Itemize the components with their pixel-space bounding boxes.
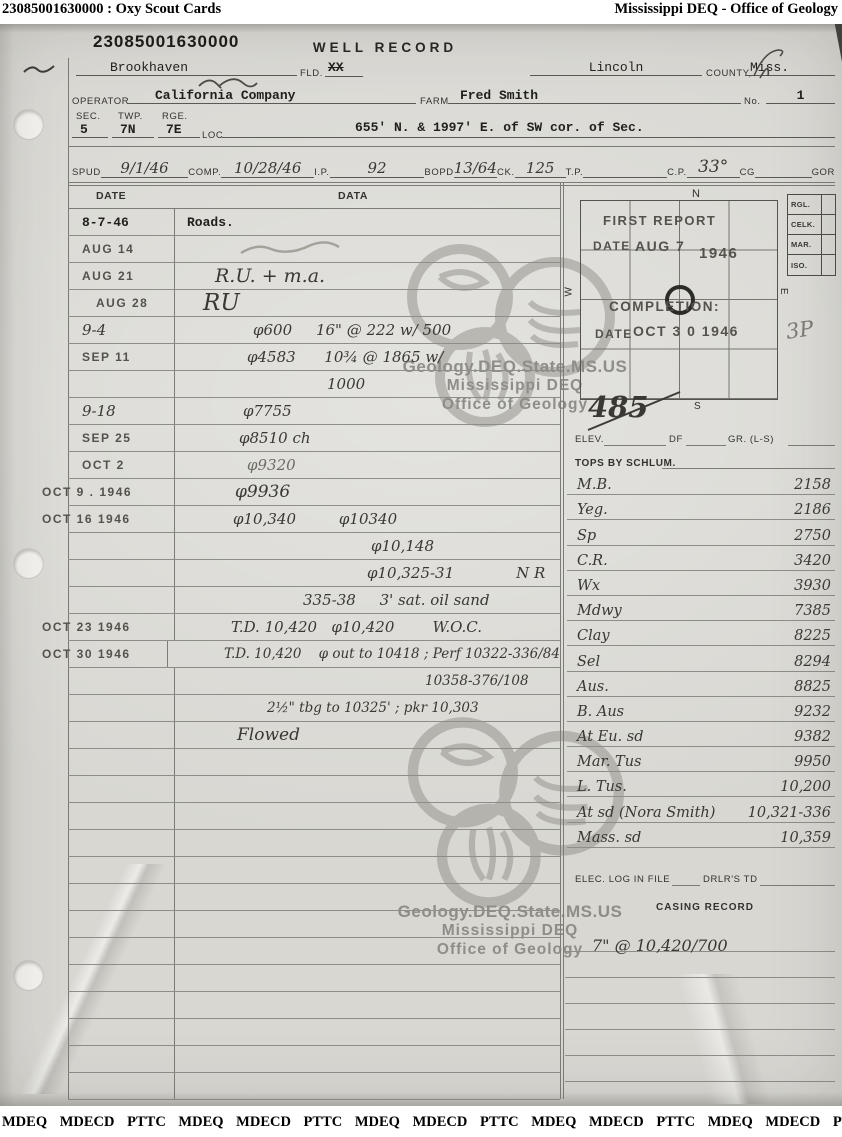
field-label: FLD.	[300, 68, 323, 79]
log-date: OCT 2	[82, 458, 125, 472]
drilling-log-table: 8-7-46 Roads. AUG 14 AUG 21 R.U. + m.a. …	[68, 208, 560, 1100]
rule	[672, 885, 700, 886]
rule	[68, 146, 835, 147]
scan-header-right: Mississippi DEQ - Office of Geology	[614, 1, 838, 18]
spud-label: SPUD	[72, 167, 101, 178]
rule	[72, 122, 108, 138]
log-text: φ9936	[235, 482, 290, 502]
formation-name: Mar. Tus	[577, 754, 642, 770]
log-text: φ600 16" @ 222 w/ 500	[253, 321, 451, 339]
log-text: 335-38 3' sat. oil sand	[303, 591, 490, 609]
flag-row: MAR.	[788, 235, 835, 255]
rule	[158, 122, 200, 138]
farm-label: FARM	[420, 96, 449, 107]
gor-label: GOR	[812, 167, 835, 178]
faint-scribble	[235, 241, 345, 257]
scan-footer-bar: MDEQ MDECD PTTC MDEQ MDECD PTTC MDEQ MDE…	[0, 1106, 842, 1137]
log-row: AUG 14	[68, 236, 560, 263]
log-flag-checklist: RGL. CELK. MAR. ISO.	[787, 194, 836, 276]
log-row: 1000	[68, 371, 560, 398]
log-row: φ10,325-31 N R	[68, 560, 560, 587]
log-row: OCT 2 φ9320	[68, 452, 560, 479]
blank-log-row	[68, 830, 560, 857]
tops-row: Sp2750	[567, 520, 835, 545]
formation-name: Sel	[577, 654, 600, 670]
tops-row: M.B.2158	[567, 470, 835, 495]
log-row: 9-4 φ600 16" @ 222 w/ 500	[68, 317, 560, 344]
blank-log-row	[68, 938, 560, 965]
log-data-header: DATA	[338, 190, 368, 202]
county-name: Lincoln	[530, 60, 702, 76]
log-date: SEP 25	[82, 431, 131, 445]
formation-depth: 2186	[794, 502, 831, 518]
log-text: R.U. + m.a.	[215, 265, 325, 287]
first-report-stamp: FIRST REPORT	[603, 213, 716, 228]
footer-watermark-text: MDEQ MDECD PTTC MDEQ MDECD PTTC MDEQ MDE…	[2, 1114, 842, 1130]
card-title: WELL RECORD	[290, 40, 480, 55]
log-date: 9-18	[82, 402, 116, 420]
formation-name: Yeg.	[577, 502, 608, 518]
formation-depth: 8225	[794, 628, 831, 644]
cp-label: C.P.	[667, 167, 687, 178]
elec-log-label: ELEC. LOG IN FILE	[575, 874, 670, 885]
formation-name: M.B.	[577, 477, 612, 493]
api-number: 23085001630000	[93, 32, 239, 52]
tops-row: L. Tus.10,200	[567, 772, 835, 797]
log-text: φ9320	[247, 456, 296, 474]
log-date: AUG 28	[96, 296, 148, 310]
log-row: AUG 28 RU	[68, 290, 560, 317]
punch-hole	[14, 110, 43, 139]
casing-record-title: CASING RECORD	[575, 902, 835, 913]
completion-date: OCT 3 0 1946	[633, 323, 739, 339]
rule	[68, 182, 835, 183]
log-date: 9-4	[82, 321, 106, 339]
compass-east-label: E	[778, 288, 789, 295]
formation-depth: 10,200	[780, 779, 831, 795]
tp-label: T.P.	[566, 167, 584, 178]
log-row: SEP 11 φ4583 10¾ @ 1865 w/	[68, 344, 560, 371]
rule	[604, 445, 666, 446]
log-row: Flowed	[68, 722, 560, 749]
margin-check-scribble	[22, 62, 56, 80]
blank-log-row	[68, 803, 560, 830]
punch-hole	[14, 961, 43, 990]
first-report-year: 1946	[699, 245, 738, 262]
log-row: AUG 21 R.U. + m.a.	[68, 263, 560, 290]
operator-label: OPERATOR	[72, 96, 129, 107]
log-date: OCT 16 1946	[42, 512, 131, 526]
log-date: OCT 30 1946	[42, 647, 131, 661]
rule	[788, 445, 835, 446]
log-date: AUG 14	[82, 242, 134, 256]
tops-row: At sd (Nora Smith)10,321-336	[567, 797, 835, 822]
log-row: 2½" tbg to 10325' ; pkr 10,303	[68, 695, 560, 722]
rge-label: RGE.	[162, 111, 188, 122]
log-row: φ10,148	[68, 533, 560, 560]
log-text: φ4583 10¾ @ 1865 w/	[247, 348, 443, 366]
log-text: φ7755	[243, 402, 292, 420]
log-text: 2½" tbg to 10325' ; pkr 10,303	[267, 700, 479, 716]
scanned-well-record-page: 23085001630000 : Oxy Scout Cards Mississ…	[0, 0, 842, 1137]
scan-header-left: 23085001630000 : Oxy Scout Cards	[2, 1, 221, 18]
formation-depth: 3420	[794, 553, 831, 569]
rule	[662, 468, 835, 469]
formation-name: At Eu. sd	[577, 729, 644, 745]
completion-stamp: COMPLETION:	[609, 299, 720, 314]
formation-name: Sp	[577, 528, 596, 544]
formation-depth: 7385	[794, 603, 831, 619]
farm-name: Fred Smith	[448, 88, 741, 104]
ip-value: 92	[330, 159, 425, 178]
compass-north-label: N	[692, 188, 701, 200]
formation-name: At sd (Nora Smith)	[577, 805, 715, 821]
ck-label: CK.	[497, 167, 515, 178]
drlrs-td-label: DRLR'S TD	[703, 874, 758, 885]
blank-log-row	[68, 992, 560, 1019]
compass-south-label: S	[694, 401, 701, 412]
log-text: 1000	[327, 375, 365, 393]
scan-header-bar: 23085001630000 : Oxy Scout Cards Mississ…	[0, 0, 842, 24]
tops-row: Aus.8825	[567, 672, 835, 697]
blank-log-row	[68, 884, 560, 911]
tops-row: C.R.3420	[567, 546, 835, 571]
cp-value	[583, 177, 667, 178]
first-report-date-label: DATE	[593, 239, 631, 253]
log-text: RU	[203, 290, 240, 316]
formation-depth: 9232	[794, 704, 831, 720]
cg-label: CG	[740, 167, 755, 178]
blank-log-row	[68, 1019, 560, 1046]
log-row: OCT 30 1946 T.D. 10,420 φ out to 10418 ;…	[68, 641, 560, 668]
blank-log-row	[68, 857, 560, 884]
formation-name: Mass. sd	[577, 830, 641, 846]
tops-title: TOPS BY SCHLUM.	[575, 458, 676, 469]
tops-row: At Eu. sd9382	[567, 722, 835, 747]
blank-log-row	[68, 965, 560, 992]
column-divider	[563, 182, 564, 1099]
tops-row: Yeg.2186	[567, 495, 835, 520]
blank-log-row	[68, 776, 560, 803]
log-date: OCT 9 . 1946	[42, 485, 132, 499]
twp-label: TWP.	[118, 111, 143, 122]
sec-label: SEC.	[76, 111, 101, 122]
bopd-label: BOPD	[424, 167, 453, 178]
formation-name: B. Aus	[577, 704, 624, 720]
gr-label: GR. (L-S)	[728, 434, 774, 445]
log-row: 335-38 3' sat. oil sand	[68, 587, 560, 614]
log-text: φ10,148	[371, 537, 434, 555]
log-text: φ8510 ch	[239, 429, 311, 447]
log-text: T.D. 10,420 φ out to 10418 ; Perf 10322-…	[224, 646, 560, 662]
flag-row: RGL.	[788, 195, 835, 215]
compass-west-label: W	[564, 286, 575, 296]
formation-depth: 2158	[794, 477, 831, 493]
formation-depth: 10,359	[780, 830, 831, 846]
ip-label: I.P.	[314, 167, 329, 178]
log-row: SEP 25 φ8510 ch	[68, 425, 560, 452]
log-date: SEP 11	[82, 350, 131, 364]
operator-name: California Company	[128, 88, 416, 104]
log-row: OCT 9 . 1946 φ9936	[68, 479, 560, 506]
tops-row: Mass. sd10,359	[567, 823, 835, 848]
flag-row: ISO.	[788, 255, 835, 275]
punch-hole	[14, 549, 43, 578]
formation-depth: 9382	[794, 729, 831, 745]
log-date: AUG 21	[82, 269, 134, 283]
log-text: φ10,340 φ10340	[233, 510, 397, 528]
flag-label: MAR.	[788, 235, 822, 254]
rule	[68, 185, 835, 186]
choke-value: 13/64	[454, 159, 497, 178]
rule	[760, 885, 835, 886]
log-row: OCT 16 1946 φ10,340 φ10340	[68, 506, 560, 533]
comp-value: 10/28/46	[221, 159, 314, 178]
tp-value: 125	[515, 159, 566, 178]
formation-tops-list: M.B.2158 Yeg.2186 Sp2750 C.R.3420 Wx3930…	[567, 470, 835, 848]
section-plat-map: FIRST REPORT DATE AUG 7 1946 COMPLETION:…	[580, 200, 778, 400]
log-date: 8-7-46	[82, 215, 129, 230]
log-text: 10358-376/108	[425, 673, 529, 689]
formation-name: Wx	[577, 578, 600, 594]
rule	[325, 60, 363, 77]
tops-row: B. Aus9232	[567, 697, 835, 722]
well-no: 1	[766, 88, 835, 104]
formation-name: Mdwy	[577, 603, 622, 619]
blank-log-row	[68, 1046, 560, 1073]
log-text: T.D. 10,420 φ10,420 W.O.C.	[231, 618, 482, 636]
formation-name: L. Tus.	[577, 779, 627, 795]
well-no-label: No.	[744, 96, 761, 107]
column-divider	[560, 182, 561, 1099]
blank-log-row	[68, 1073, 560, 1100]
tops-row: Wx3930	[567, 571, 835, 596]
casing-entry: 7" @ 10,420/700	[592, 936, 728, 955]
log-date-header: DATE	[96, 190, 126, 202]
formation-depth: 2750	[794, 528, 831, 544]
flag-row: CELK.	[788, 215, 835, 235]
tops-row: Mar. Tus9950	[567, 747, 835, 772]
log-date: OCT 23 1946	[42, 620, 131, 634]
log-row: 9-18 φ7755	[68, 398, 560, 425]
formation-name: Clay	[577, 628, 610, 644]
tops-row: Sel8294	[567, 646, 835, 671]
formation-name: Aus.	[577, 679, 609, 695]
loc-value: 655' N. & 1997' E. of SW cor. of Sec.	[355, 120, 644, 135]
rule	[112, 122, 154, 138]
first-report-date: AUG 7	[635, 238, 685, 254]
hand-flourish	[748, 46, 792, 80]
formation-depth: 8825	[794, 679, 831, 695]
completion-date-label: DATE	[595, 327, 633, 341]
log-text: Roads.	[187, 215, 234, 230]
tops-row: Mdwy7385	[567, 596, 835, 621]
log-row: 8-7-46 Roads.	[68, 209, 560, 236]
elevation-flourish	[582, 386, 686, 434]
log-text: Flowed	[237, 725, 300, 745]
formation-depth: 9950	[794, 754, 831, 770]
completion-data-row: SPUD 9/1/46 COMP. 10/28/46 I.P. 92 BOPD …	[68, 154, 835, 178]
comp-label: COMP.	[188, 167, 221, 178]
formation-depth: 3930	[794, 578, 831, 594]
formation-depth: 8294	[794, 654, 831, 670]
tops-row: Clay8225	[567, 621, 835, 646]
flag-label: RGL.	[788, 195, 822, 214]
formation-depth: 10,321-336	[748, 805, 831, 821]
flag-label: ISO.	[788, 255, 822, 275]
blank-log-row	[68, 911, 560, 938]
log-text: φ10,325-31 N R	[367, 564, 545, 582]
paper: Geology.DEQ.State.MS.US Mississippi DEQ …	[0, 24, 842, 1106]
gravity-value: 33°	[687, 157, 740, 178]
formation-name: C.R.	[577, 553, 608, 569]
log-row: OCT 23 1946 T.D. 10,420 φ10,420 W.O.C.	[68, 614, 560, 641]
flag-label: CELK.	[788, 215, 822, 234]
elev-label: ELEV.	[575, 434, 604, 445]
spud-value: 9/1/46	[101, 159, 189, 178]
blank-log-row	[68, 749, 560, 776]
rule	[686, 445, 726, 446]
df-label: DF	[669, 434, 683, 445]
log-row: 10358-376/108	[68, 668, 560, 695]
cg-value	[755, 177, 812, 178]
scan-corner-artifact	[833, 24, 842, 62]
hand-note: 3P	[784, 316, 815, 344]
